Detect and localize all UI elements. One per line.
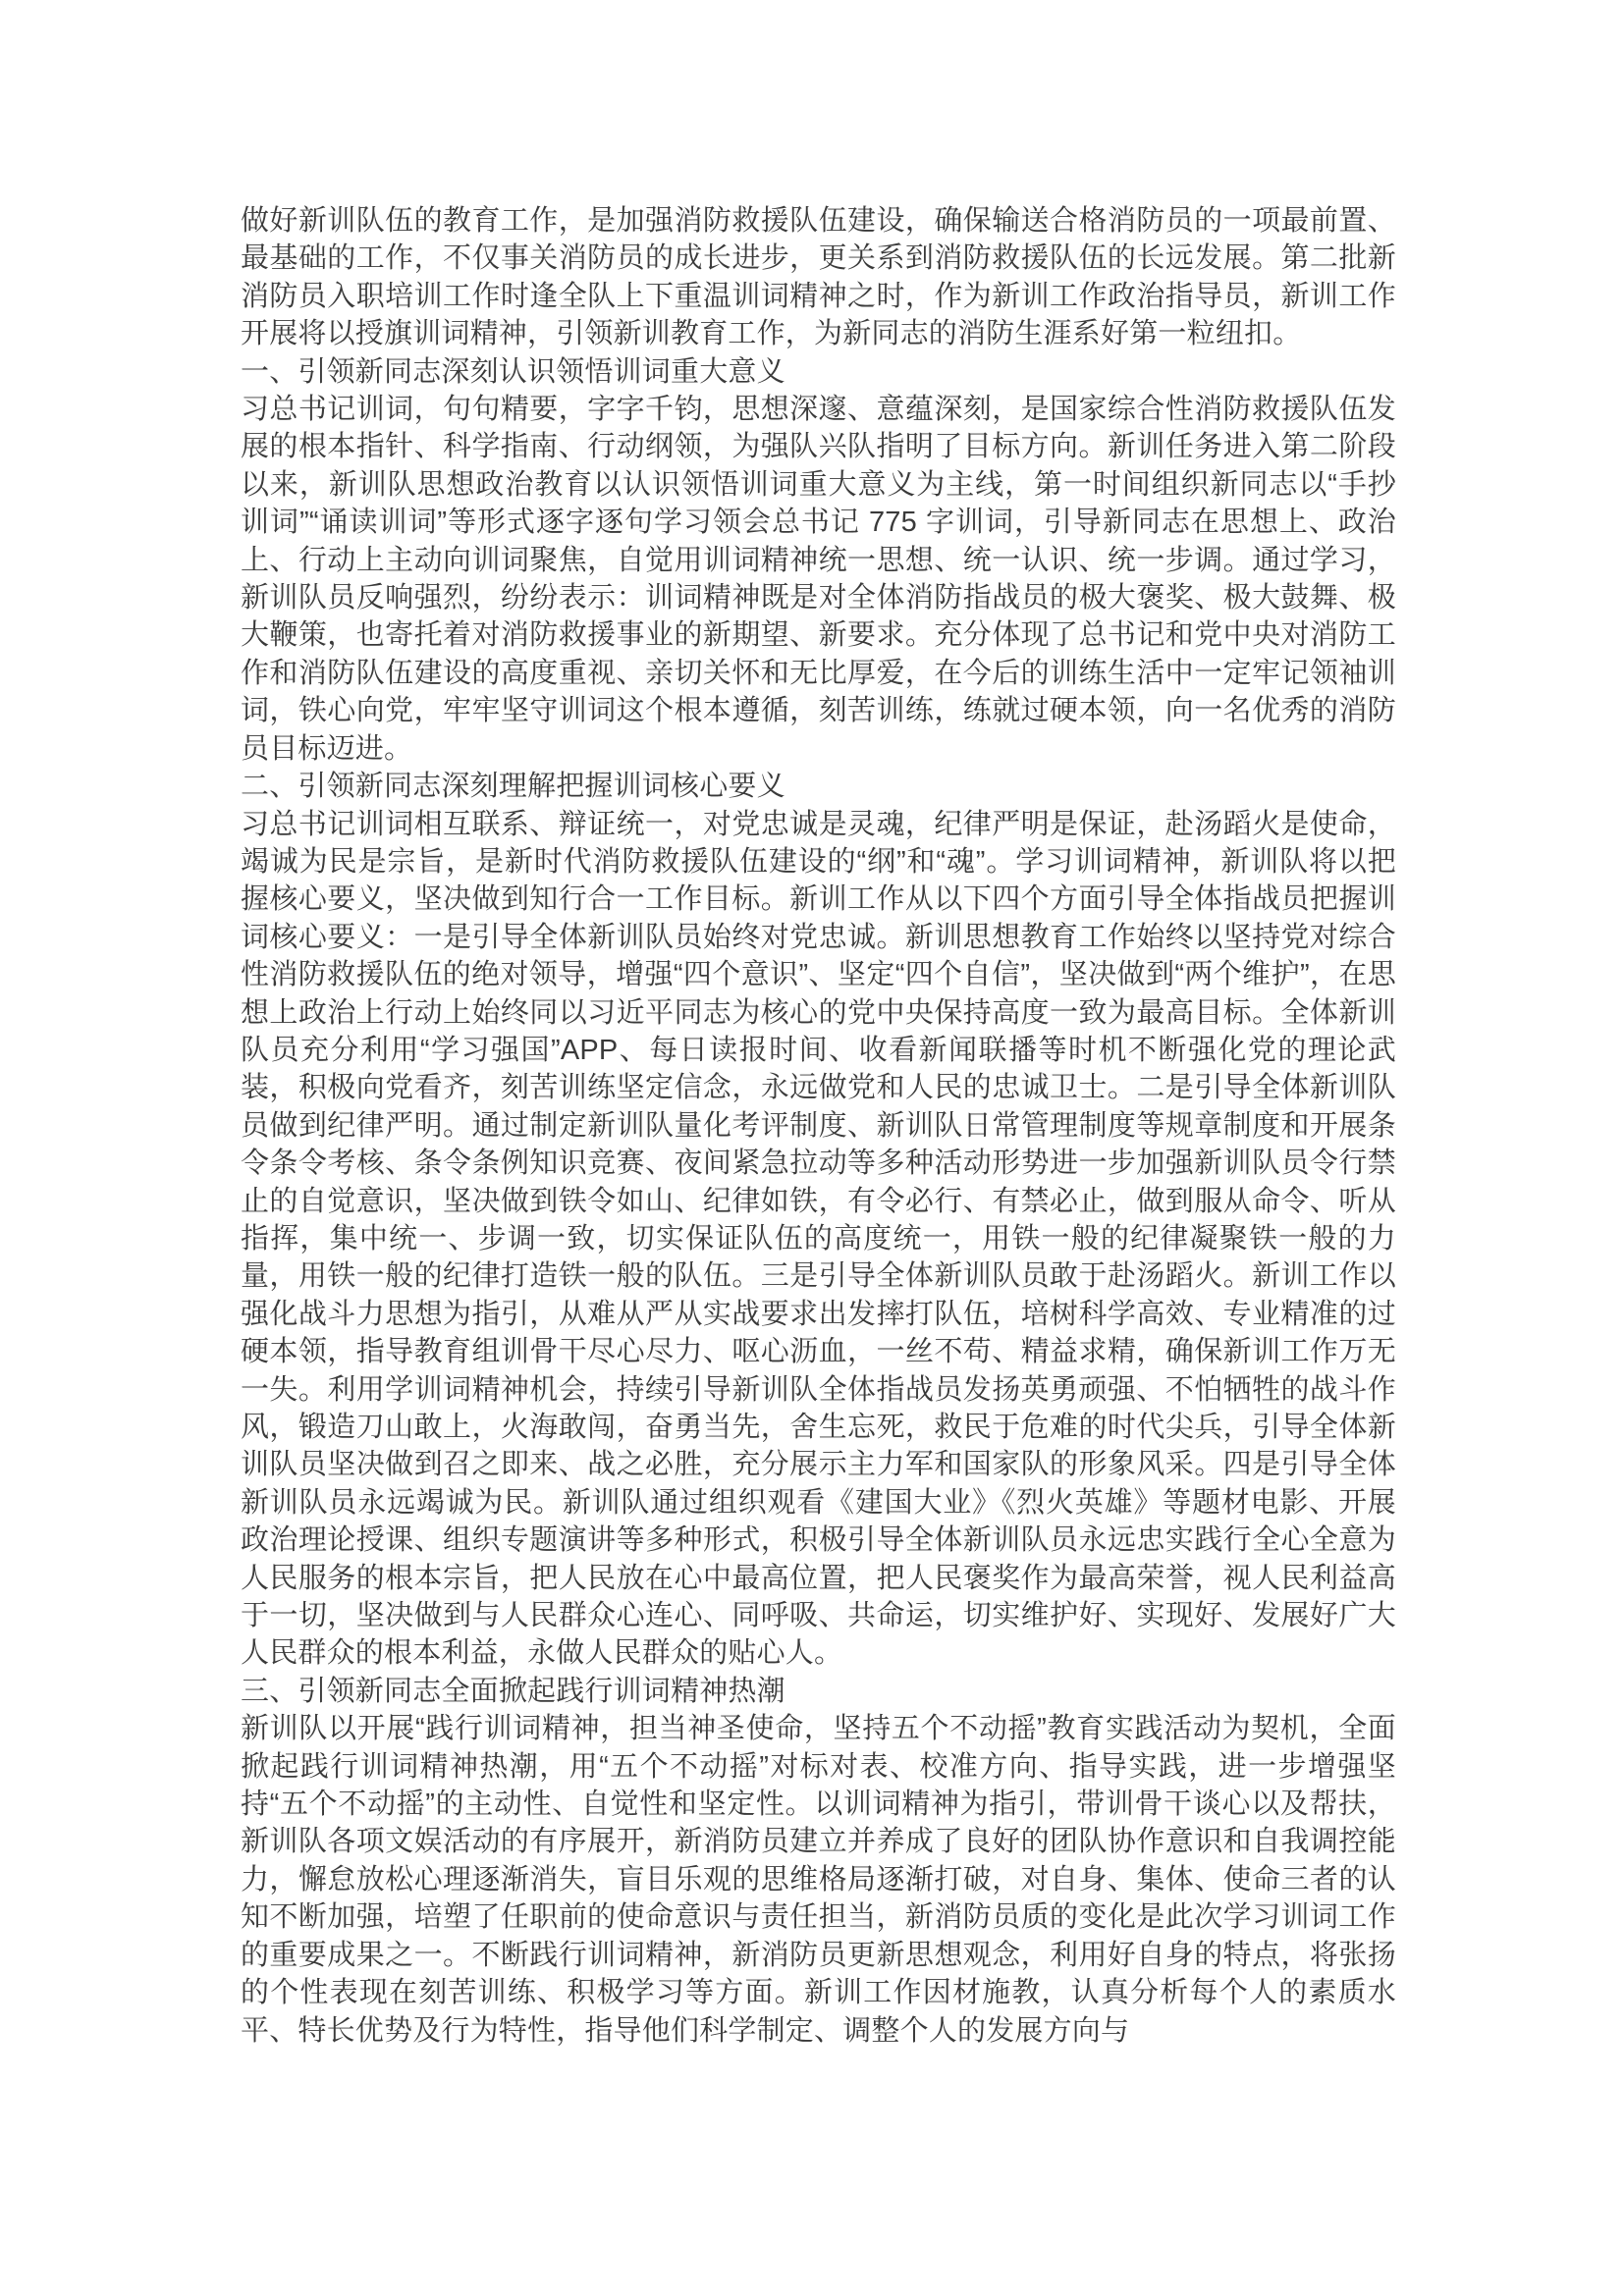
document-text-block: 做好新训队伍的教育工作，是加强消防救援队伍建设，确保输送合格消防员的一项最前置、… <box>241 202 1396 2050</box>
intro-paragraph: 做好新训队伍的教育工作，是加强消防救援队伍建设，确保输送合格消防员的一项最前置、… <box>241 202 1396 353</box>
section-2-heading: 二、引领新同志深刻理解把握训词核心要义 <box>241 768 1396 805</box>
section-2-paragraph: 习总书记训词相互联系、辩证统一，对党忠诚是灵魂，纪律严明是保证，赴汤蹈火是使命，… <box>241 806 1396 1673</box>
section-1-heading: 一、引领新同志深刻认识领悟训词重大意义 <box>241 353 1396 391</box>
section-1-paragraph: 习总书记训词，句句精要，字字千钧，思想深邃、意蕴深刻，是国家综合性消防救援队伍发… <box>241 391 1396 768</box>
section-3-heading: 三、引领新同志全面掀起践行训词精神热潮 <box>241 1673 1396 1710</box>
section-3-paragraph: 新训队以开展“践行训词精神，担当神圣使命，坚持五个不动摇”教育实践活动为契机，全… <box>241 1710 1396 2050</box>
document-page: 做好新训队伍的教育工作，是加强消防救援队伍建设，确保输送合格消防员的一项最前置、… <box>0 0 1624 2296</box>
